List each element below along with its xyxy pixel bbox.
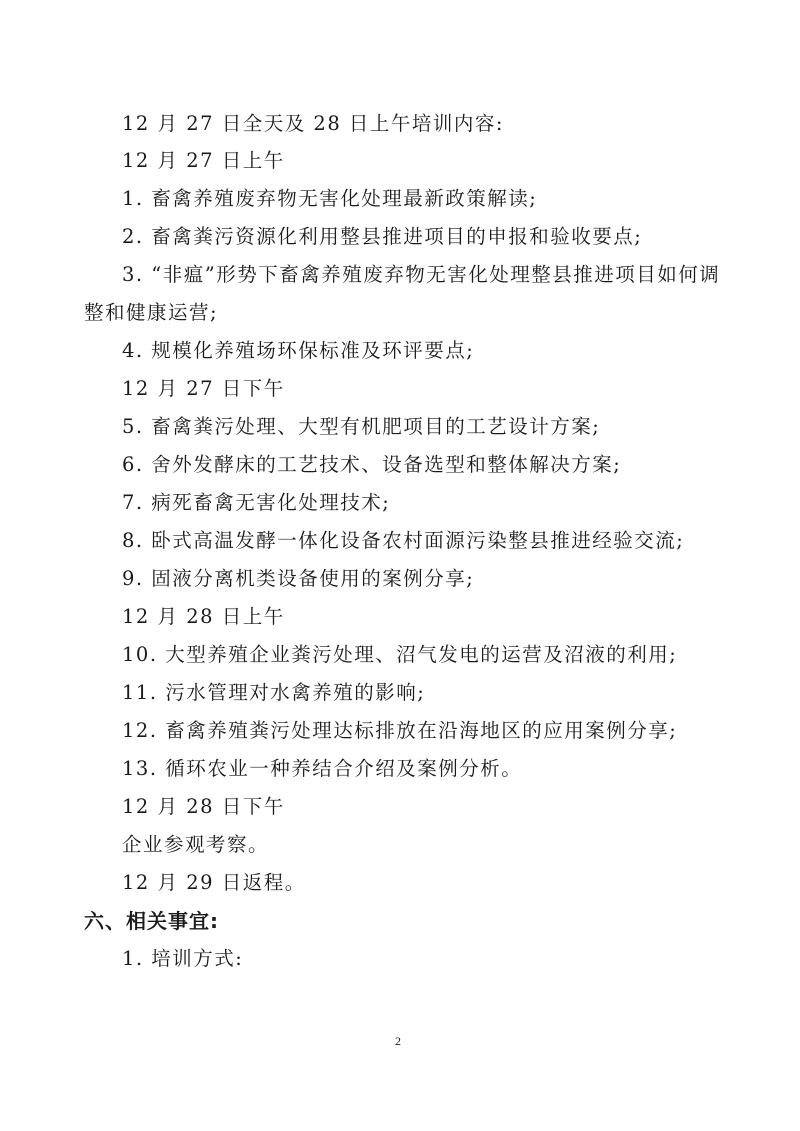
session-dec28-pm: 12 月 28 日下午 xyxy=(122,795,285,819)
topic-10: 10. 大型养殖企业粪污处理、沼气发电的运营及沼液的利用; xyxy=(122,643,677,667)
topic-6: 6. 舍外发酵床的工艺技术、设备选型和整体解决方案; xyxy=(122,453,621,477)
company-visit: 企业参观考察。 xyxy=(122,833,269,857)
topic-5: 5. 畜禽粪污处理、大型有机肥项目的工艺设计方案; xyxy=(122,415,600,439)
return-trip: 12 月 29 日返程。 xyxy=(122,871,306,895)
page-number: 2 xyxy=(395,1034,401,1049)
topic-3: 3. “非瘟”形势下畜禽养殖废弃物无害化处理整县推进项目如何调 xyxy=(122,263,720,287)
topic-8: 8. 卧式高温发酵一体化设备农村面源污染整县推进经验交流; xyxy=(122,529,684,553)
topic-12: 12. 畜禽养殖粪污处理达标排放在沿海地区的应用案例分享; xyxy=(122,719,677,743)
training-method: 1. 培训方式: xyxy=(122,947,243,971)
topic-1: 1. 畜禽养殖废弃物无害化处理最新政策解读; xyxy=(122,187,537,211)
topic-11: 11. 污水管理对水禽养殖的影响; xyxy=(122,681,425,705)
topic-13: 13. 循环农业一种养结合介绍及案例分析。 xyxy=(122,757,522,781)
schedule-intro: 12 月 27 日全天及 28 日上午培训内容: xyxy=(122,112,504,136)
topic-9: 9. 固液分离机类设备使用的案例分享; xyxy=(122,567,474,591)
session-dec28-am: 12 月 28 日上午 xyxy=(122,605,285,629)
topic-4: 4. 规模化养殖场环保标准及环评要点; xyxy=(122,339,474,363)
session-dec27-am: 12 月 27 日上午 xyxy=(122,149,285,173)
topic-2: 2. 畜禽粪污资源化利用整县推进项目的申报和验收要点; xyxy=(122,225,642,249)
section-heading-related-matters: 六、相关事宜: xyxy=(84,909,219,933)
topic-7: 7. 病死畜禽无害化处理技术; xyxy=(122,491,390,515)
topic-3-continued: 整和健康运营; xyxy=(84,301,218,325)
document-page: 12 月 27 日全天及 28 日上午培训内容: 12 月 27 日上午 1. … xyxy=(0,0,800,1131)
session-dec27-pm: 12 月 27 日下午 xyxy=(122,377,285,401)
